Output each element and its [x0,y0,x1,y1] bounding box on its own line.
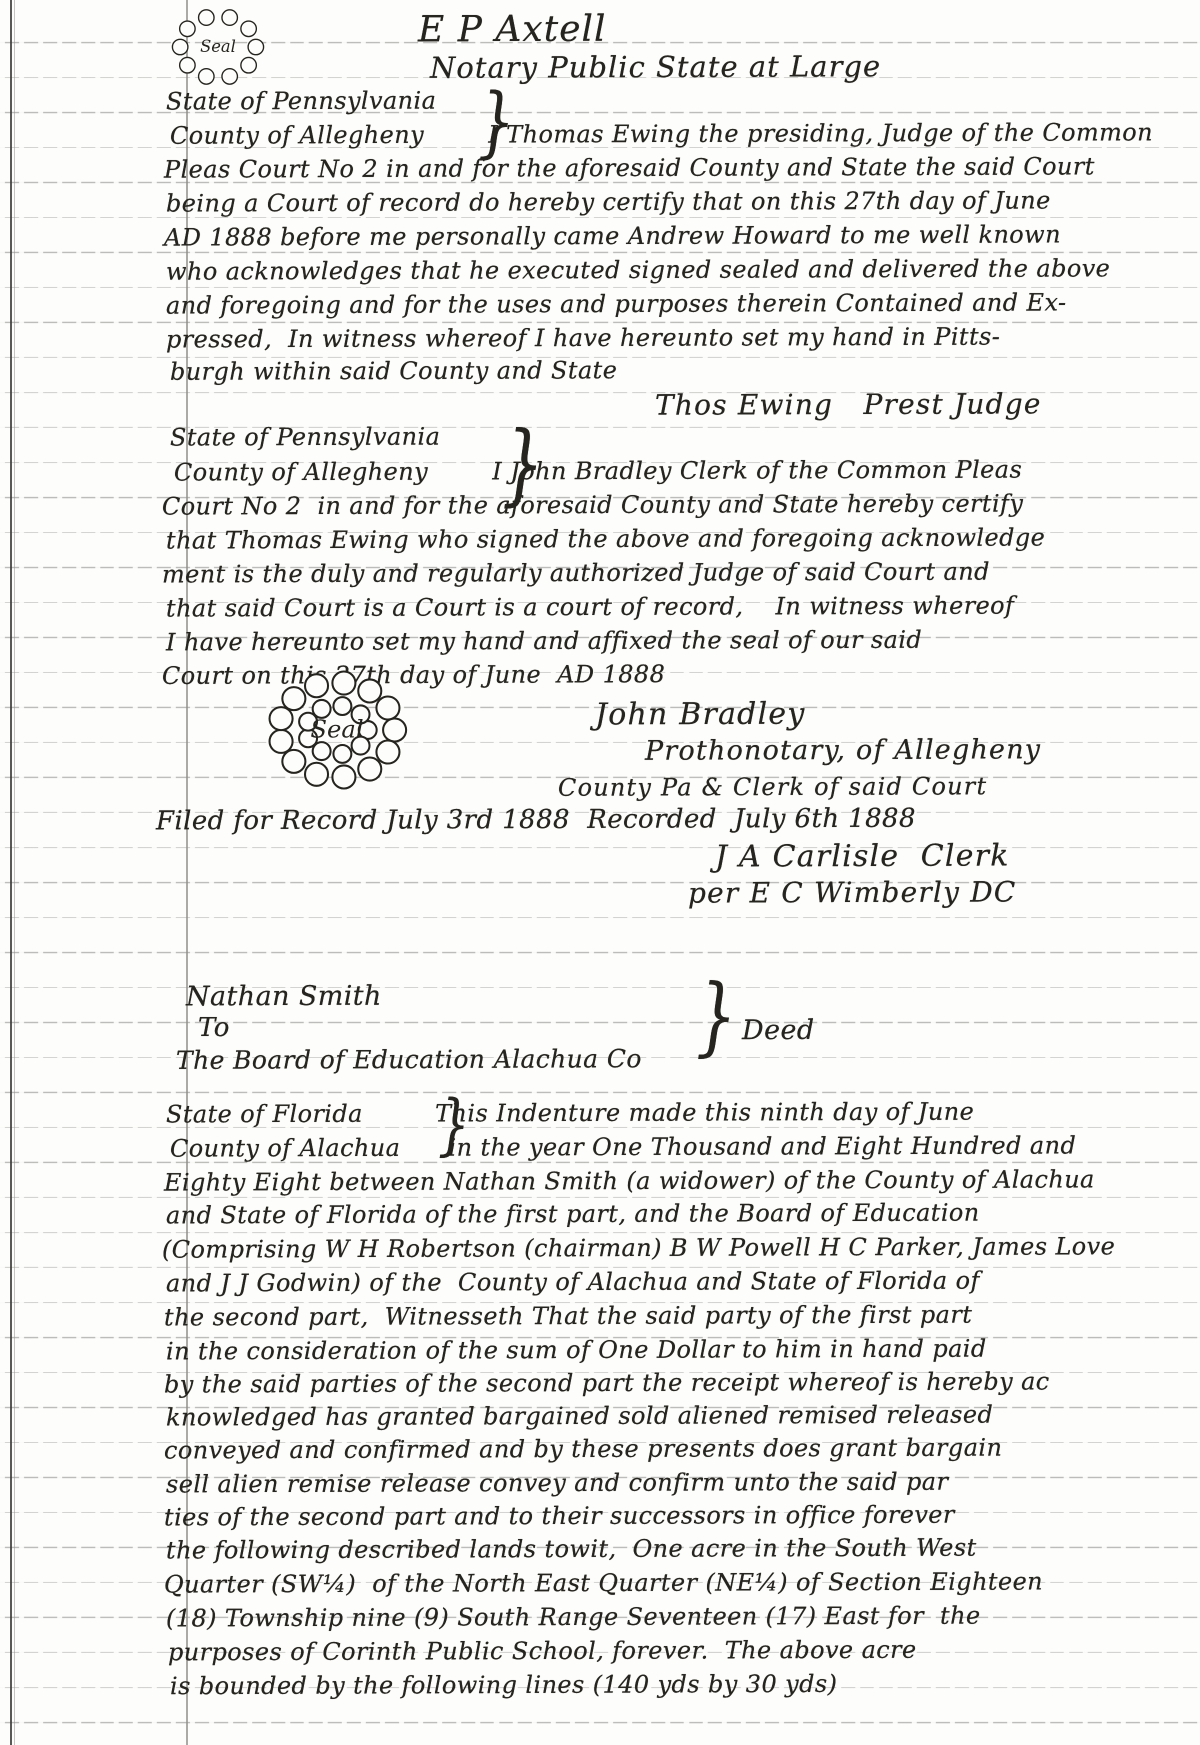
binding-shadow-line [14,0,15,1745]
handwritten-line: State of Pennsylvania [166,88,436,115]
handwritten-line: in the consideration of the sum of One D… [166,1336,987,1365]
handwritten-line: ment is the duly and regularly authorize… [162,559,990,588]
handwritten-line: Deed [742,1016,815,1046]
handwritten-line: who acknowledges that he executed signed… [166,255,1110,285]
seal-doodle: Seal [252,666,422,794]
handwritten-line: State of Pennsylvania [170,424,440,451]
handwritten-line: the following described lands towit, One… [166,1535,977,1564]
handwritten-line: The Board of Education Alachua Co [176,1045,642,1074]
handwritten-line: Eighty Eight between Nathan Smith (a wid… [164,1166,1095,1196]
handwritten-line: purposes of Corinth Public School, forev… [168,1637,917,1666]
handwritten-line: and foregoing and for the uses and purpo… [166,289,1067,319]
handwritten-line: State of Florida This Indenture made thi… [166,1099,974,1128]
handwritten-line: County of Allegheny I John Bradley Clerk… [174,457,1022,486]
handwritten-line: pressed, In witness whereof I have hereu… [166,324,1000,353]
handwritten-line: Thos Ewing Prest Judge [655,389,1042,421]
handwritten-line: ties of the second part and to their suc… [164,1502,955,1531]
handwritten-line: John Bradley [595,698,806,732]
handwritten-line: Pleas Court No 2 in and for the aforesai… [164,153,1095,183]
handwritten-line: (18) Township nine (9) South Range Seven… [166,1603,981,1632]
handwritten-line: J A Carlisle Clerk [715,839,1010,873]
handwritten-line: (Comprising W H Robertson (chairman) B W… [162,1233,1115,1263]
handwritten-line: County of Allegheny I Thomas Ewing the p… [170,119,1153,149]
handwritten-line: Nathan Smith [186,982,382,1012]
handwritten-line: being a Court of record do hereby certif… [166,187,1051,216]
handwritten-line: sell alien remise release convey and con… [166,1469,948,1498]
curly-brace: } [502,420,544,508]
handwritten-line: burgh within said County and State [170,357,617,385]
handwritten-line: I have hereunto set my hand and affixed … [166,627,922,656]
handwritten-line: E P Axtell [418,10,607,50]
handwritten-line: that Thomas Ewing who signed the above a… [166,524,1045,553]
handwritten-line: by the said parties of the second part t… [164,1368,1050,1397]
handwritten-line: is bounded by the following lines (140 y… [170,1671,837,1700]
handwritten-line: and State of Florida of the first part, … [166,1200,980,1229]
curly-brace: } [696,974,737,1059]
binding-edge-line [10,0,12,1745]
curly-brace: } [438,1092,470,1158]
handwritten-line: County Pa & Clerk of said Court [558,773,987,801]
seal-label: Seal [200,37,236,56]
handwritten-line: knowledged has granted bargained sold al… [166,1402,993,1431]
handwritten-line: Court No 2 in and for the aforesaid Coun… [162,490,1023,519]
handwritten-line: the second part, Witnesseth That the sai… [164,1302,972,1331]
handwritten-line: per E C Wimberly DC [688,877,1017,909]
handwritten-line: conveyed and confirmed and by these pres… [164,1435,1002,1464]
handwritten-line: Quarter (SW¼) of the North East Quarter … [164,1568,1043,1597]
handwritten-line: County of Alachua in the year One Thousa… [170,1132,1076,1162]
seal-doodle: Seal [158,4,278,90]
handwritten-line: that said Court is a Court is a court of… [166,593,1014,622]
handwritten-line: Prothonotary, of Allegheny [645,735,1041,766]
handwritten-line: and J J Godwin) of the County of Alachua… [166,1268,980,1297]
handwritten-line: AD 1888 before me personally came Andrew… [164,221,1061,251]
seal-label: Seal [310,715,363,744]
handwritten-line: Filed for Record July 3rd 1888 Recorded … [156,805,916,836]
handwritten-line: To [198,1014,230,1043]
document-page: E P AxtellNotary Public State at LargeSt… [0,0,1200,1745]
curly-brace: } [478,84,515,161]
